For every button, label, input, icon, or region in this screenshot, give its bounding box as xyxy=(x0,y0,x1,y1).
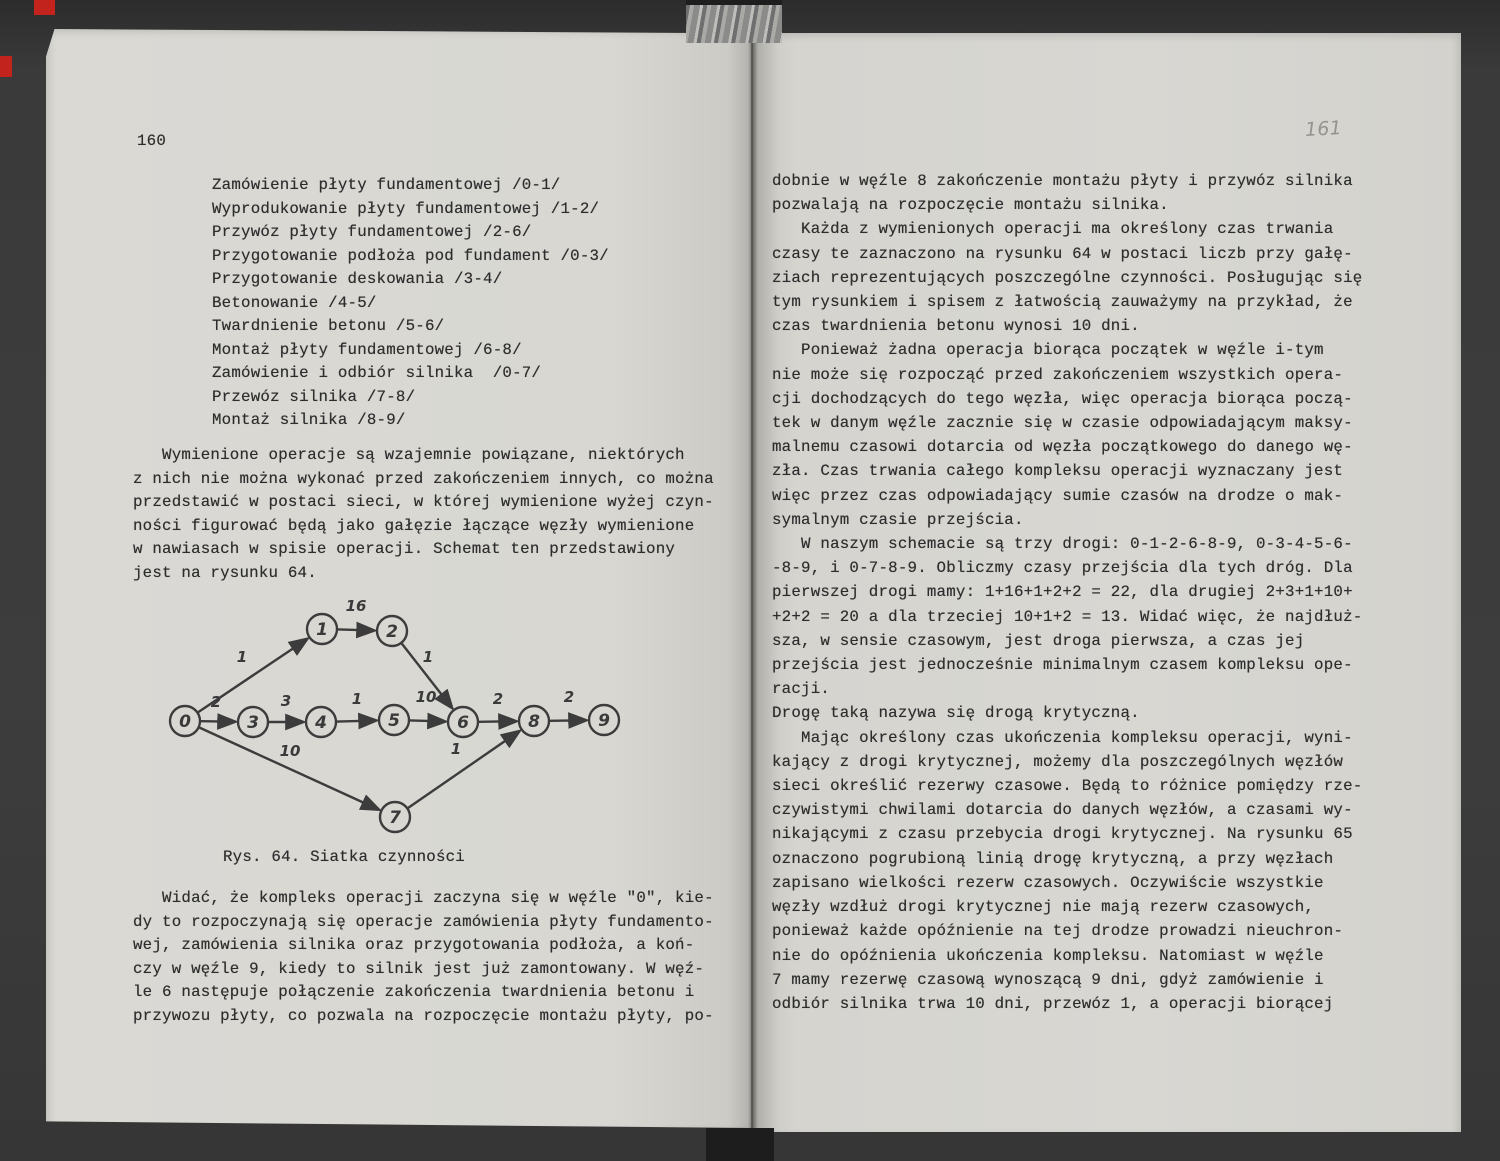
edge-1-2 xyxy=(338,629,373,630)
edge-5-6 xyxy=(410,720,444,721)
edge-weight-7-8: 1 xyxy=(451,740,461,758)
edge-weight-3-4: 3 xyxy=(281,692,291,710)
red-mark-left xyxy=(0,56,12,77)
node-label-5: 5 xyxy=(388,711,400,731)
node-label-2: 2 xyxy=(386,622,398,642)
page-number-left: 160 xyxy=(137,132,166,150)
edge-weight-8-9: 2 xyxy=(564,688,574,706)
node-label-6: 6 xyxy=(457,713,469,733)
network-diagram: 116123110221010123456789 xyxy=(160,593,640,855)
edge-weight-6-8: 2 xyxy=(493,690,503,708)
binding-clip xyxy=(686,0,782,43)
edge-weight-2-6: 1 xyxy=(423,648,433,666)
operations-list: Zamówienie płyty fundamentowej /0-1/ Wyp… xyxy=(212,174,609,433)
node-label-4: 4 xyxy=(314,713,327,733)
book-seam xyxy=(751,29,753,1132)
node-label-0: 0 xyxy=(179,712,191,732)
edge-0-7 xyxy=(200,728,378,809)
edge-weight-1-2: 16 xyxy=(346,597,367,615)
edge-weight-0-3: 2 xyxy=(211,693,221,711)
page-number-right: 161 xyxy=(1304,117,1342,141)
edge-4-5 xyxy=(337,721,375,722)
right-page-body-text: dobnie w węźle 8 zakończenie montażu pły… xyxy=(772,169,1362,1016)
edge-weight-5-6: 10 xyxy=(416,688,437,706)
binding-bottom-patch xyxy=(706,1128,774,1161)
paragraph-network-intro: Wymienione operacje są wzajemnie powiąza… xyxy=(133,444,714,586)
paragraph-figure-discussion: Widać, że kompleks operacji zaczyna się … xyxy=(133,887,714,1029)
red-mark-top xyxy=(34,0,55,15)
edge-8-9 xyxy=(550,720,585,721)
edge-weight-4-5: 1 xyxy=(352,690,362,708)
node-label-8: 8 xyxy=(528,712,540,732)
book-scan: { "colors": { "background": "#3d3d3d", "… xyxy=(0,0,1500,1161)
node-label-1: 1 xyxy=(316,620,328,640)
edge-7-8 xyxy=(408,732,518,808)
edge-weight-0-1: 1 xyxy=(237,648,247,666)
edge-6-8 xyxy=(479,721,515,722)
edge-weight-0-7: 10 xyxy=(280,742,301,760)
node-label-9: 9 xyxy=(598,711,610,731)
node-label-7: 7 xyxy=(389,808,401,828)
node-label-3: 3 xyxy=(247,713,259,733)
figure-caption: Rys. 64. Siatka czynności xyxy=(223,848,465,866)
